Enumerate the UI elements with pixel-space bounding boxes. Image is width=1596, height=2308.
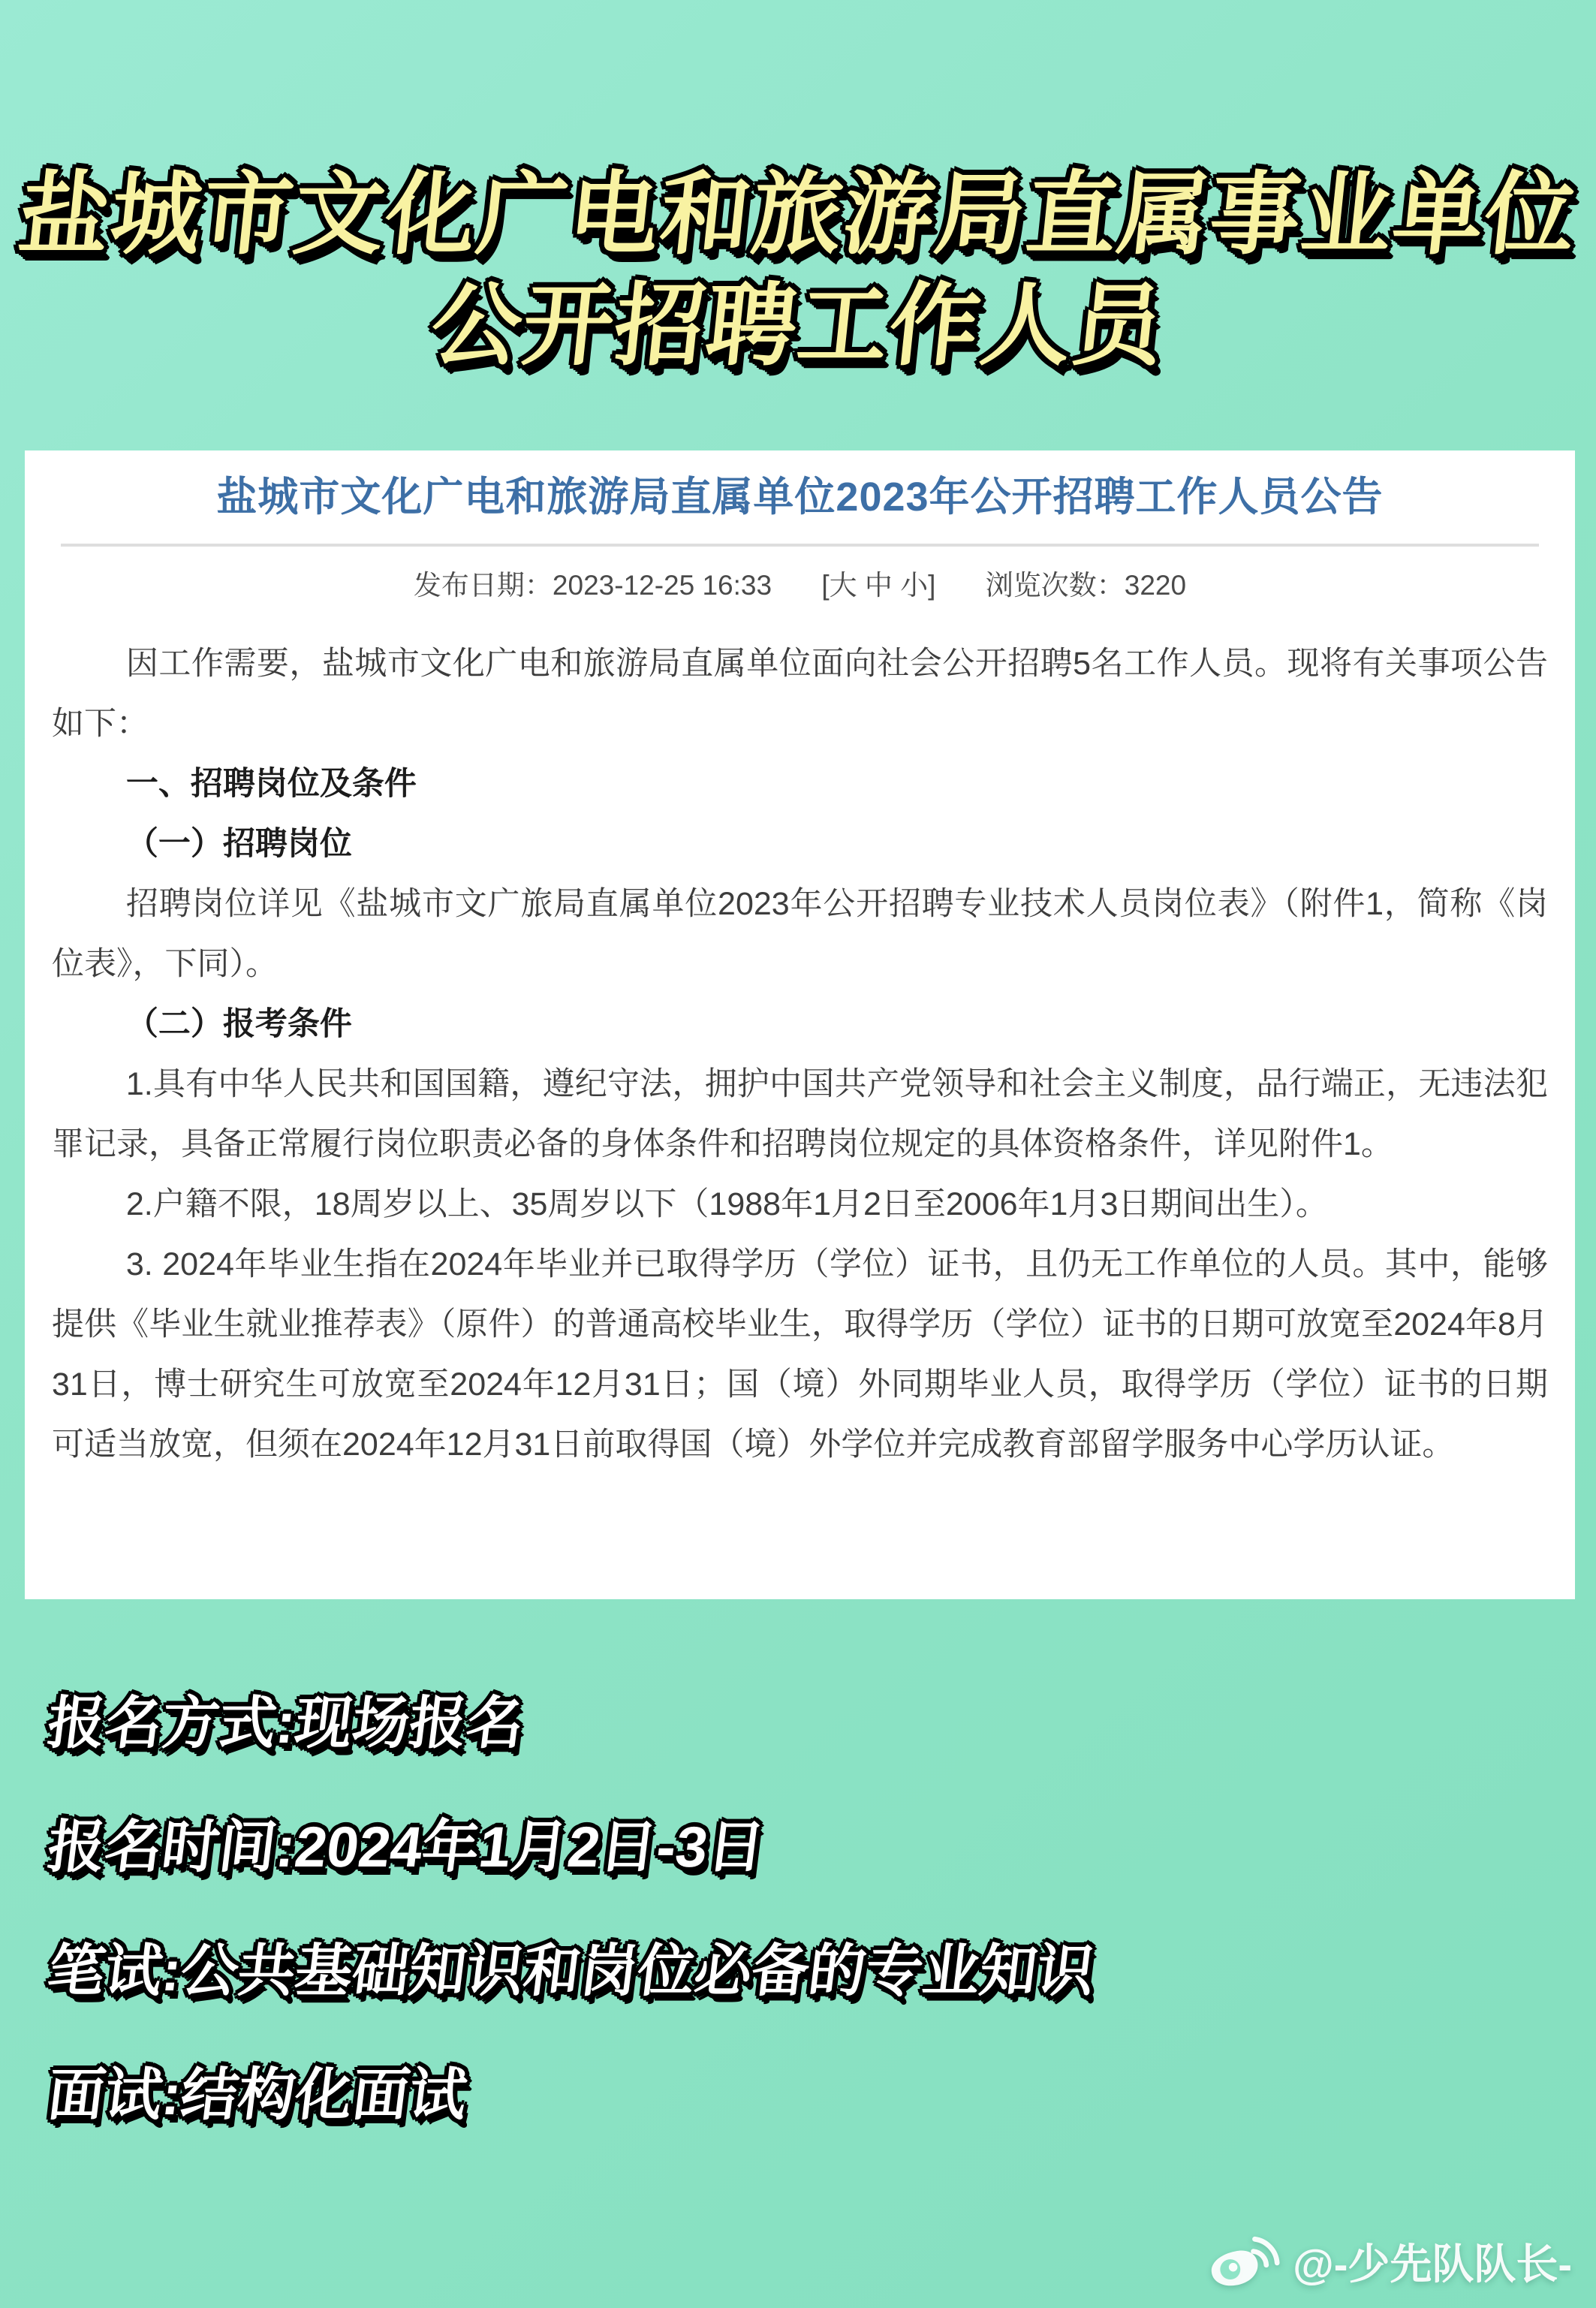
font-size-control[interactable]: [大 中 小]	[821, 566, 935, 605]
document-heading: （二）报考条件	[52, 994, 1548, 1054]
document-title: 盐城市文化广电和旅游局直属单位2023年公开招聘工作人员公告	[52, 470, 1548, 524]
hero-title-line-2: 公开招聘工作人员	[0, 270, 1596, 381]
divider	[61, 544, 1539, 547]
document-heading: 一、招聘岗位及条件	[52, 754, 1548, 814]
document-meta: 发布日期：2023-12-25 16:33 [大 中 小] 浏览次数：3220	[52, 566, 1548, 605]
note-line: 面试:结构化面试	[48, 2062, 1542, 2129]
key-info-notes: 报名方式:现场报名报名时间:2024年1月2日-3日笔试:公共基础知识和岗位必备…	[48, 1691, 1542, 2186]
note-line: 报名时间:2024年1月2日-3日	[48, 1815, 1542, 1881]
publish-date: 发布日期：2023-12-25 16:33	[414, 566, 772, 605]
document-paragraph: 招聘岗位详见《盐城市文广旅局直属单位2023年公开招聘专业技术人员岗位表》（附件…	[52, 874, 1548, 994]
poster-hero-title: 盐城市文化广电和旅游局直属事业单位 公开招聘工作人员	[0, 159, 1596, 381]
document-paragraph: 1.具有中华人民共和国国籍，遵纪守法，拥护中国共产党领导和社会主义制度，品行端正…	[52, 1054, 1548, 1174]
note-line: 报名方式:现场报名	[48, 1691, 1542, 1757]
note-line: 笔试:公共基础知识和岗位必备的专业知识	[48, 1939, 1542, 2005]
weibo-icon	[1209, 2232, 1281, 2291]
watermark-handle: @-少先队队长-	[1293, 2231, 1572, 2291]
document-heading: （一）招聘岗位	[52, 814, 1548, 874]
hero-title-line-1: 盐城市文化广电和旅游局直属事业单位	[0, 159, 1596, 270]
watermark: @-少先队队长-	[1209, 2231, 1572, 2291]
document-paragraph: 3. 2024年毕业生指在2024年毕业并已取得学历（学位）证书，且仍无工作单位…	[52, 1234, 1548, 1475]
view-count: 浏览次数：3220	[986, 566, 1186, 605]
document-paragraph: 2.户籍不限，18周岁以上、35周岁以下（1988年1月2日至2006年1月3日…	[52, 1174, 1548, 1234]
document-paragraph: 因工作需要，盐城市文化广电和旅游局直属单位面向社会公开招聘5名工作人员。现将有关…	[52, 634, 1548, 754]
document-body: 因工作需要，盐城市文化广电和旅游局直属单位面向社会公开招聘5名工作人员。现将有关…	[52, 634, 1548, 1475]
announcement-document: 盐城市文化广电和旅游局直属单位2023年公开招聘工作人员公告 发布日期：2023…	[25, 450, 1575, 1599]
